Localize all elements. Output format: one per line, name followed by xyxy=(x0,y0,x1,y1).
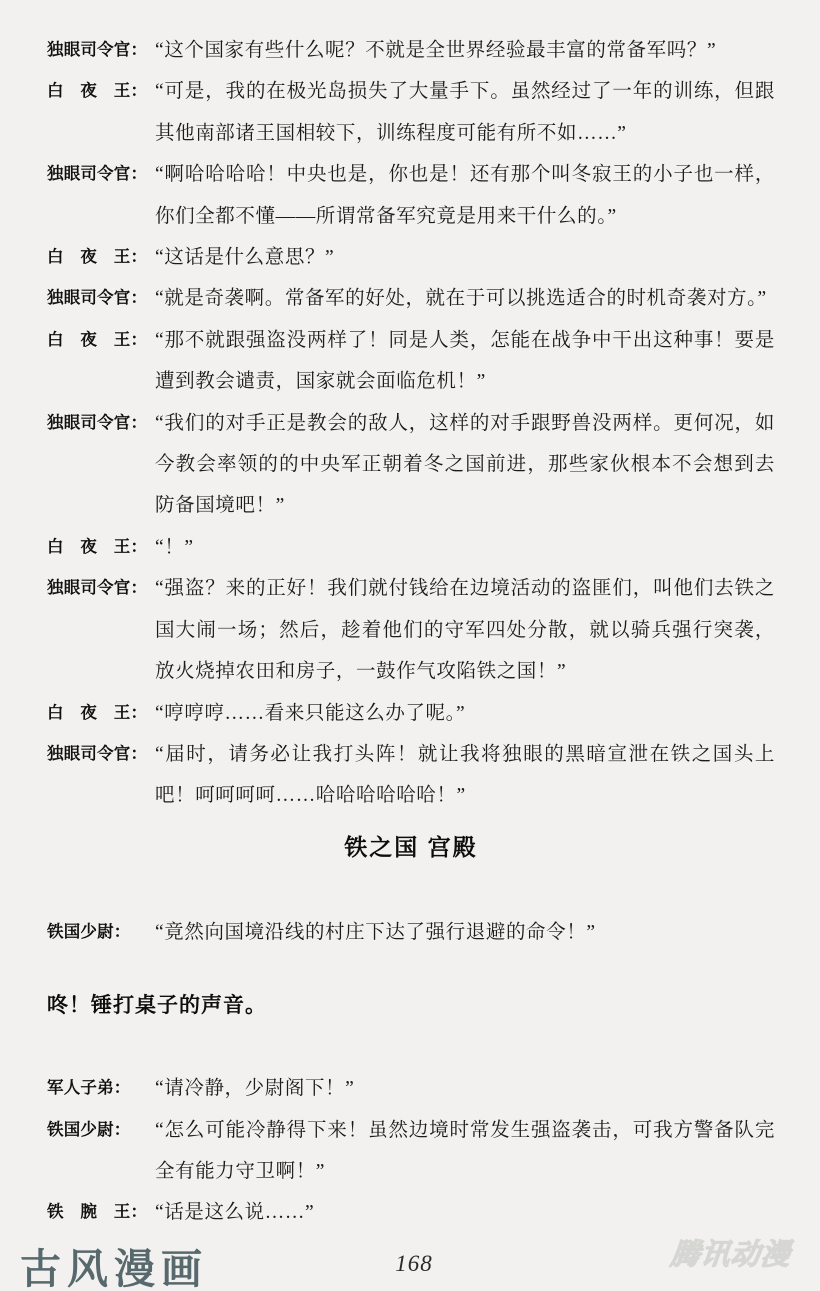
dialogue-text: “届时，请务必让我打头阵！就让我将独眼的黑暗宣泄在铁之国头上吧！呵呵呵呵……哈哈… xyxy=(155,734,775,817)
dialogue-entry: 白 夜 王： “！” xyxy=(47,527,775,568)
dialogue-text: “请冷静，少尉阁下！” xyxy=(155,1068,775,1109)
speaker-label: 独眼司令官： xyxy=(47,734,149,775)
dialogue-entry: 铁国少尉： “怎么可能冷静得下来！虽然边境时常发生强盗袭击，可我方警备队完全有能… xyxy=(47,1110,775,1193)
dialogue-entry: 白 夜 王： “可是，我的在极光岛损失了大量手下。虽然经过了一年的训练，但跟其他… xyxy=(47,71,775,154)
dialogue-text: “竟然向国境沿线的村庄下达了强行退避的命令！” xyxy=(155,912,775,953)
speaker-label: 独眼司令官： xyxy=(47,278,149,319)
dialogue-entry: 白 夜 王： “那不就跟强盗没两样了！同是人类，怎能在战争中干出这种事！要是遭到… xyxy=(47,320,775,403)
speaker-label: 白 夜 王： xyxy=(47,527,149,568)
speaker-label: 铁 腕 王： xyxy=(47,1192,149,1233)
dialogue-text: “这个国家有些什么呢？不就是全世界经验最丰富的常备军吗？” xyxy=(155,30,775,71)
speaker-label: 军人子弟： xyxy=(47,1068,149,1109)
dialogue-entry: 独眼司令官： “就是奇袭啊。常备军的好处，就在于可以挑选适合的时机奇袭对方。” xyxy=(47,278,775,319)
speaker-label: 独眼司令官： xyxy=(47,30,149,71)
dialogue-text: “强盗？来的正好！我们就付钱给在边境活动的盗匪们，叫他们去铁之国大闹一场；然后，… xyxy=(155,568,775,692)
dialogue-text: “！” xyxy=(155,527,775,568)
dialogue-text: “这话是什么意思？” xyxy=(155,237,775,278)
page-content: 独眼司令官： “这个国家有些什么呢？不就是全世界经验最丰富的常备军吗？” 白 夜… xyxy=(0,0,820,1234)
speaker-label: 白 夜 王： xyxy=(47,320,149,361)
brand-logo: 古风漫画 xyxy=(20,1246,208,1291)
speaker-label: 铁国少尉： xyxy=(47,1110,149,1151)
speaker-label: 独眼司令官： xyxy=(47,568,149,609)
dialogue-text: “哼哼哼……看来只能这么办了呢。” xyxy=(155,693,775,734)
dialogue-entry: 白 夜 王： “哼哼哼……看来只能这么办了呢。” xyxy=(47,693,775,734)
dialogue-entry: 独眼司令官： “届时，请务必让我打头阵！就让我将独眼的黑暗宣泄在铁之国头上吧！呵… xyxy=(47,734,775,817)
speaker-label: 独眼司令官： xyxy=(47,154,149,195)
speaker-label: 白 夜 王： xyxy=(47,71,149,112)
dialogue-text: “就是奇袭啊。常备军的好处，就在于可以挑选适合的时机奇袭对方。” xyxy=(155,278,775,319)
tencent-comics-watermark: 腾讯动漫 xyxy=(669,1232,793,1273)
dialogue-text: “可是，我的在极光岛损失了大量手下。虽然经过了一年的训练，但跟其他南部诸王国相较… xyxy=(155,71,775,154)
dialogue-entry: 独眼司令官： “啊哈哈哈哈！中央也是，你也是！还有那个叫冬寂王的小子也一样，你们… xyxy=(47,154,775,237)
dialogue-text: “怎么可能冷静得下来！虽然边境时常发生强盗袭击，可我方警备队完全有能力守卫啊！” xyxy=(155,1110,775,1193)
dialogue-entry: 独眼司令官： “强盗？来的正好！我们就付钱给在边境活动的盗匪们，叫他们去铁之国大… xyxy=(47,568,775,692)
dialogue-text: “我们的对手正是教会的敌人，这样的对手跟野兽没两样。更何况，如今教会率领的的中央… xyxy=(155,403,775,527)
script-page: 独眼司令官： “这个国家有些什么呢？不就是全世界经验最丰富的常备军吗？” 白 夜… xyxy=(0,0,820,1291)
dialogue-section-iron-palace-2: 军人子弟： “请冷静，少尉阁下！” 铁国少尉： “怎么可能冷静得下来！虽然边境时… xyxy=(47,1068,775,1234)
speaker-label: 独眼司令官： xyxy=(47,403,149,444)
scene-heading: 铁之国 宫殿 xyxy=(47,833,775,861)
sound-effect-line: 咚！锤打桌子的声音。 xyxy=(47,993,775,1019)
speaker-label: 白 夜 王： xyxy=(47,237,149,278)
dialogue-text: “那不就跟强盗没两样了！同是人类，怎能在战争中干出这种事！要是遭到教会谴责，国家… xyxy=(155,320,775,403)
dialogue-entry: 军人子弟： “请冷静，少尉阁下！” xyxy=(47,1068,775,1109)
dialogue-entry: 独眼司令官： “我们的对手正是教会的敌人，这样的对手跟野兽没两样。更何况，如今教… xyxy=(47,403,775,527)
dialogue-entry: 铁国少尉： “竟然向国境沿线的村庄下达了强行退避的命令！” xyxy=(47,912,775,953)
dialogue-text: “啊哈哈哈哈！中央也是，你也是！还有那个叫冬寂王的小子也一样，你们全都不懂——所… xyxy=(155,154,775,237)
dialogue-section-command-tent: 独眼司令官： “这个国家有些什么呢？不就是全世界经验最丰富的常备军吗？” 白 夜… xyxy=(47,30,775,817)
dialogue-entry: 铁 腕 王： “话是这么说……” xyxy=(47,1192,775,1233)
dialogue-entry: 独眼司令官： “这个国家有些什么呢？不就是全世界经验最丰富的常备军吗？” xyxy=(47,30,775,71)
dialogue-entry: 白 夜 王： “这话是什么意思？” xyxy=(47,237,775,278)
page-number: 168 xyxy=(395,1251,433,1277)
dialogue-section-iron-palace: 铁国少尉： “竟然向国境沿线的村庄下达了强行退避的命令！” xyxy=(47,912,775,953)
dialogue-text: “话是这么说……” xyxy=(155,1192,775,1233)
speaker-label: 铁国少尉： xyxy=(47,912,149,953)
speaker-label: 白 夜 王： xyxy=(47,693,149,734)
